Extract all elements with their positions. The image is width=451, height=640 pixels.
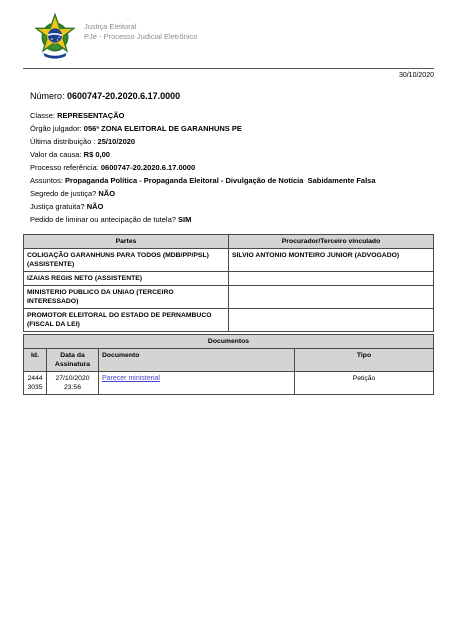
field-value: 0600747-20.2020.6.17.0000 bbox=[101, 163, 195, 172]
field-value: 25/10/2020 bbox=[98, 137, 136, 146]
org-title: Justiça Eleitoral PJe - Processo Judicia… bbox=[84, 13, 197, 42]
field-assuntos: Assuntos: Propaganda Política - Propagan… bbox=[30, 174, 434, 187]
org-line1: Justiça Eleitoral bbox=[84, 22, 197, 32]
documentos-band-title: Documentos bbox=[24, 335, 434, 349]
documentos-header-row: Id. Data da Assinatura Documento Tipo bbox=[24, 349, 434, 372]
field-ultima-distribuicao: Última distribuição : 25/10/2020 bbox=[30, 135, 434, 148]
process-fields: Classe: REPRESENTAÇÃO Órgão julgador: 05… bbox=[30, 109, 434, 226]
field-value: NÃO bbox=[87, 202, 104, 211]
procurador-cell bbox=[229, 286, 434, 309]
field-justica-gratuita: Justiça gratuita? NÃO bbox=[30, 200, 434, 213]
field-label: Assuntos: bbox=[30, 176, 63, 185]
partes-table: Partes Procurador/Terceiro vinculado COL… bbox=[23, 234, 434, 332]
documentos-band-row: Documentos bbox=[24, 335, 434, 349]
justica-eleitoral-coat-of-arms-icon bbox=[35, 13, 75, 60]
print-date: 30/10/2020 bbox=[23, 72, 434, 80]
field-value: REPRESENTAÇÃO bbox=[57, 111, 124, 120]
procurador-cell bbox=[229, 309, 434, 332]
field-label: Órgão julgador: bbox=[30, 124, 82, 133]
process-number-line: Número: 0600747-20.2020.6.17.0000 bbox=[30, 91, 434, 101]
docs-header-documento: Documento bbox=[99, 349, 295, 372]
table-row: 24443035 27/10/2020 23:56 Parecer minist… bbox=[24, 372, 434, 395]
field-value: 056ª ZONA ELEITORAL DE GARANHUNS PE bbox=[84, 124, 242, 133]
procurador-cell bbox=[229, 272, 434, 286]
header-divider bbox=[23, 68, 434, 69]
field-orgao-julgador: Órgão julgador: 056ª ZONA ELEITORAL DE G… bbox=[30, 122, 434, 135]
parte-cell: MINISTERIO PUBLICO DA UNIAO (TERCEIRO IN… bbox=[24, 286, 229, 309]
doc-link-cell: Parecer ministerial bbox=[99, 372, 295, 395]
docs-header-id: Id. bbox=[24, 349, 47, 372]
field-label: Pedido de liminar ou antecipação de tute… bbox=[30, 215, 176, 224]
document-link[interactable]: Parecer ministerial bbox=[102, 375, 160, 382]
doc-id-cell: 24443035 bbox=[24, 372, 47, 395]
field-label: Justiça gratuita? bbox=[30, 202, 85, 211]
doc-date-cell: 27/10/2020 23:56 bbox=[47, 372, 99, 395]
field-processo-referencia: Processo referência: 0600747-20.2020.6.1… bbox=[30, 161, 434, 174]
partes-header-row: Partes Procurador/Terceiro vinculado bbox=[24, 235, 434, 249]
doc-tipo-cell: Petição bbox=[295, 372, 434, 395]
field-segredo-justica: Segredo de justiça? NÃO bbox=[30, 187, 434, 200]
process-cover-page: Justiça Eleitoral PJe - Processo Judicia… bbox=[0, 0, 451, 395]
table-row: COLIGAÇÃO GARANHUNS PARA TODOS (MDB/PP/P… bbox=[24, 249, 434, 272]
docs-header-data-assinatura: Data da Assinatura bbox=[47, 349, 99, 372]
procurador-cell: SILVIO ANTONIO MONTEIRO JUNIOR (ADVOGADO… bbox=[229, 249, 434, 272]
field-value: R$ 0,00 bbox=[84, 150, 110, 159]
field-classe: Classe: REPRESENTAÇÃO bbox=[30, 109, 434, 122]
field-value: SIM bbox=[178, 215, 191, 224]
field-value: NÃO bbox=[98, 189, 115, 198]
documentos-table: Documentos Id. Data da Assinatura Docume… bbox=[23, 334, 434, 395]
parte-cell: COLIGAÇÃO GARANHUNS PARA TODOS (MDB/PP/P… bbox=[24, 249, 229, 272]
partes-header-partes: Partes bbox=[24, 235, 229, 249]
process-number-value: 0600747-20.2020.6.17.0000 bbox=[67, 91, 180, 101]
field-pedido-liminar: Pedido de liminar ou antecipação de tute… bbox=[30, 213, 434, 226]
masthead: Justiça Eleitoral PJe - Processo Judicia… bbox=[35, 0, 434, 65]
table-row: PROMOTOR ELEITORAL DO ESTADO DE PERNAMBU… bbox=[24, 309, 434, 332]
field-label: Última distribuição : bbox=[30, 137, 95, 146]
table-row: MINISTERIO PUBLICO DA UNIAO (TERCEIRO IN… bbox=[24, 286, 434, 309]
field-label: Classe: bbox=[30, 111, 55, 120]
process-number-label: Número: bbox=[30, 91, 65, 101]
field-label: Valor da causa: bbox=[30, 150, 82, 159]
field-valor-causa: Valor da causa: R$ 0,00 bbox=[30, 148, 434, 161]
field-value: Propaganda Política - Propaganda Eleitor… bbox=[65, 176, 376, 185]
field-label: Segredo de justiça? bbox=[30, 189, 96, 198]
partes-header-procurador: Procurador/Terceiro vinculado bbox=[229, 235, 434, 249]
parte-cell: IZAIAS REGIS NETO (ASSISTENTE) bbox=[24, 272, 229, 286]
org-line2: PJe - Processo Judicial Eletrônico bbox=[84, 32, 197, 42]
parte-cell: PROMOTOR ELEITORAL DO ESTADO DE PERNAMBU… bbox=[24, 309, 229, 332]
field-label: Processo referência: bbox=[30, 163, 99, 172]
table-row: IZAIAS REGIS NETO (ASSISTENTE) bbox=[24, 272, 434, 286]
docs-header-tipo: Tipo bbox=[295, 349, 434, 372]
